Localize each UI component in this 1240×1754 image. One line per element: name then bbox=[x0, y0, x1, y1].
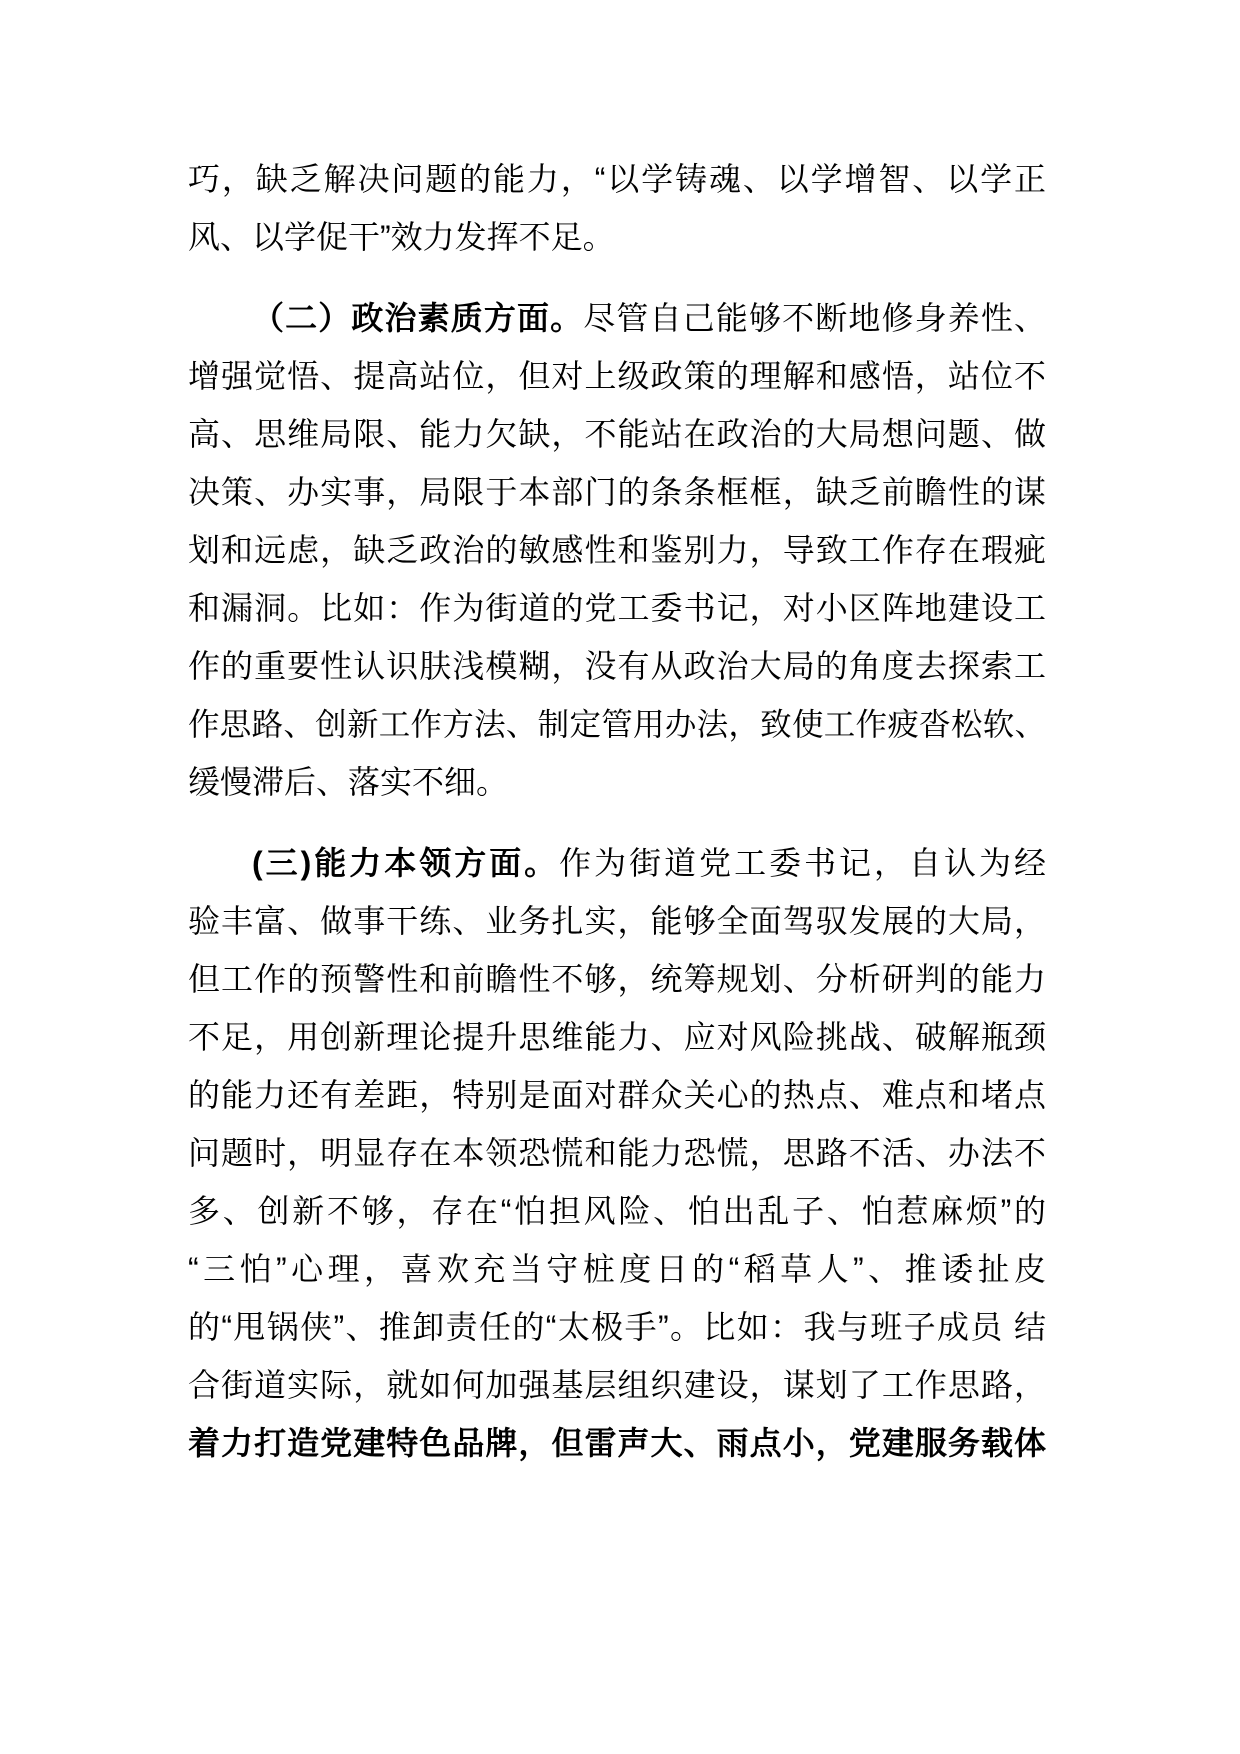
document-body: 巧，缺乏解决问题的能力，“以学铸魂、以学增智、以学正风、以学促干”效力发挥不足。… bbox=[188, 150, 1046, 1472]
text-run: 缓慢滞后、落实不细。 bbox=[188, 764, 508, 800]
text-run: 巧，缺乏解决问题的能力，“以学铸魂、以学增智、以学正 bbox=[188, 161, 1046, 197]
text-line: 作思路、创新工作方法、制定管用办法，致使工作疲沓松软、 bbox=[188, 695, 1046, 753]
bold-text-run: （二）政治素质方面。 bbox=[252, 300, 583, 336]
text-line: 多、创新不够，存在“怕担风险、怕出乱子、怕惹麻烦”的 bbox=[188, 1182, 1046, 1240]
text-line: “三怕”心理，喜欢充当守桩度日的“稻草人”、推诿扯皮 bbox=[188, 1240, 1046, 1298]
bold-text-run: (三)能力本领方面。 bbox=[252, 845, 559, 881]
text-line: 但工作的预警性和前瞻性不够，统筹规划、分析研判的能力 bbox=[188, 950, 1046, 1008]
text-run: 不足，用创新理论提升思维能力、应对风险挑战、破解瓶颈 bbox=[188, 1019, 1046, 1055]
text-run: 决策、办实事，局限于本部门的条条框框，缺乏前瞻性的谋 bbox=[188, 474, 1046, 510]
text-line: 风、以学促干”效力发挥不足。 bbox=[188, 208, 1046, 266]
text-run: 风、以学促干”效力发挥不足。 bbox=[188, 219, 615, 255]
text-run: 多、创新不够，存在“怕担风险、怕出乱子、怕惹麻烦”的 bbox=[188, 1193, 1046, 1229]
paragraph: (三)能力本领方面。作为街道党工委书记，自认为经验丰富、做事干练、业务扎实，能够… bbox=[188, 834, 1046, 1472]
text-run: 和漏洞。比如：作为街道的党工委书记，对小区阵地建设工 bbox=[188, 590, 1046, 626]
text-run: 的能力还有差距，特别是面对群众关心的热点、难点和堵点 bbox=[188, 1077, 1046, 1113]
text-run: 合街道实际，就如何加强基层组织建设，谋划了工作思路， bbox=[188, 1367, 1046, 1403]
text-run: 验丰富、做事干练、业务扎实，能够全面驾驭发展的大局， bbox=[188, 903, 1046, 939]
text-run: 问题时，明显存在本领恐慌和能力恐慌，思路不活、办法不 bbox=[188, 1135, 1046, 1171]
text-run: 尽管自己能够不断地修身养性、 bbox=[583, 300, 1046, 336]
text-line: 不足，用创新理论提升思维能力、应对风险挑战、破解瓶颈 bbox=[188, 1008, 1046, 1066]
text-line: 问题时，明显存在本领恐慌和能力恐慌，思路不活、办法不 bbox=[188, 1124, 1046, 1182]
text-line: 着力打造党建特色品牌，但雷声大、雨点小，党建服务载体 bbox=[188, 1414, 1046, 1472]
text-run: 增强觉悟、提高站位，但对上级政策的理解和感悟，站位不 bbox=[188, 358, 1046, 394]
text-run: 的“甩锅侠”、推卸责任的“太极手”。比如：我与班子成员 结 bbox=[188, 1309, 1046, 1345]
text-line: 的能力还有差距，特别是面对群众关心的热点、难点和堵点 bbox=[188, 1066, 1046, 1124]
paragraph: （二）政治素质方面。尽管自己能够不断地修身养性、增强觉悟、提高站位，但对上级政策… bbox=[188, 289, 1046, 811]
text-line: 和漏洞。比如：作为街道的党工委书记，对小区阵地建设工 bbox=[188, 579, 1046, 637]
text-line: 合街道实际，就如何加强基层组织建设，谋划了工作思路， bbox=[188, 1356, 1046, 1414]
text-run: 作思路、创新工作方法、制定管用办法，致使工作疲沓松软、 bbox=[188, 706, 1046, 742]
paragraph: 巧，缺乏解决问题的能力，“以学铸魂、以学增智、以学正风、以学促干”效力发挥不足。 bbox=[188, 150, 1046, 266]
text-line: (三)能力本领方面。作为街道党工委书记，自认为经 bbox=[188, 834, 1046, 892]
text-line: 决策、办实事，局限于本部门的条条框框，缺乏前瞻性的谋 bbox=[188, 463, 1046, 521]
text-line: 巧，缺乏解决问题的能力，“以学铸魂、以学增智、以学正 bbox=[188, 150, 1046, 208]
text-line: 增强觉悟、提高站位，但对上级政策的理解和感悟，站位不 bbox=[188, 347, 1046, 405]
text-run: 作为街道党工委书记，自认为经 bbox=[559, 845, 1046, 881]
text-line: （二）政治素质方面。尽管自己能够不断地修身养性、 bbox=[188, 289, 1046, 347]
text-line: 划和远虑，缺乏政治的敏感性和鉴别力，导致工作存在瑕疵 bbox=[188, 521, 1046, 579]
text-run: 划和远虑，缺乏政治的敏感性和鉴别力，导致工作存在瑕疵 bbox=[188, 532, 1046, 568]
document-page: 巧，缺乏解决问题的能力，“以学铸魂、以学增智、以学正风、以学促干”效力发挥不足。… bbox=[0, 0, 1240, 1754]
text-line: 高、思维局限、能力欠缺，不能站在政治的大局想问题、做 bbox=[188, 405, 1046, 463]
text-line: 验丰富、做事干练、业务扎实，能够全面驾驭发展的大局， bbox=[188, 892, 1046, 950]
text-run: “三怕”心理，喜欢充当守桩度日的“稻草人”、推诿扯皮 bbox=[188, 1251, 1046, 1287]
text-line: 的“甩锅侠”、推卸责任的“太极手”。比如：我与班子成员 结 bbox=[188, 1298, 1046, 1356]
text-run: 高、思维局限、能力欠缺，不能站在政治的大局想问题、做 bbox=[188, 416, 1046, 452]
text-run: 但工作的预警性和前瞻性不够，统筹规划、分析研判的能力 bbox=[188, 961, 1046, 997]
bold-text-run: 着力打造党建特色品牌，但雷声大、雨点小，党建服务载体 bbox=[188, 1425, 1046, 1461]
text-line: 作的重要性认识肤浅模糊，没有从政治大局的角度去探索工 bbox=[188, 637, 1046, 695]
text-run: 作的重要性认识肤浅模糊，没有从政治大局的角度去探索工 bbox=[188, 648, 1046, 684]
text-line: 缓慢滞后、落实不细。 bbox=[188, 753, 1046, 811]
